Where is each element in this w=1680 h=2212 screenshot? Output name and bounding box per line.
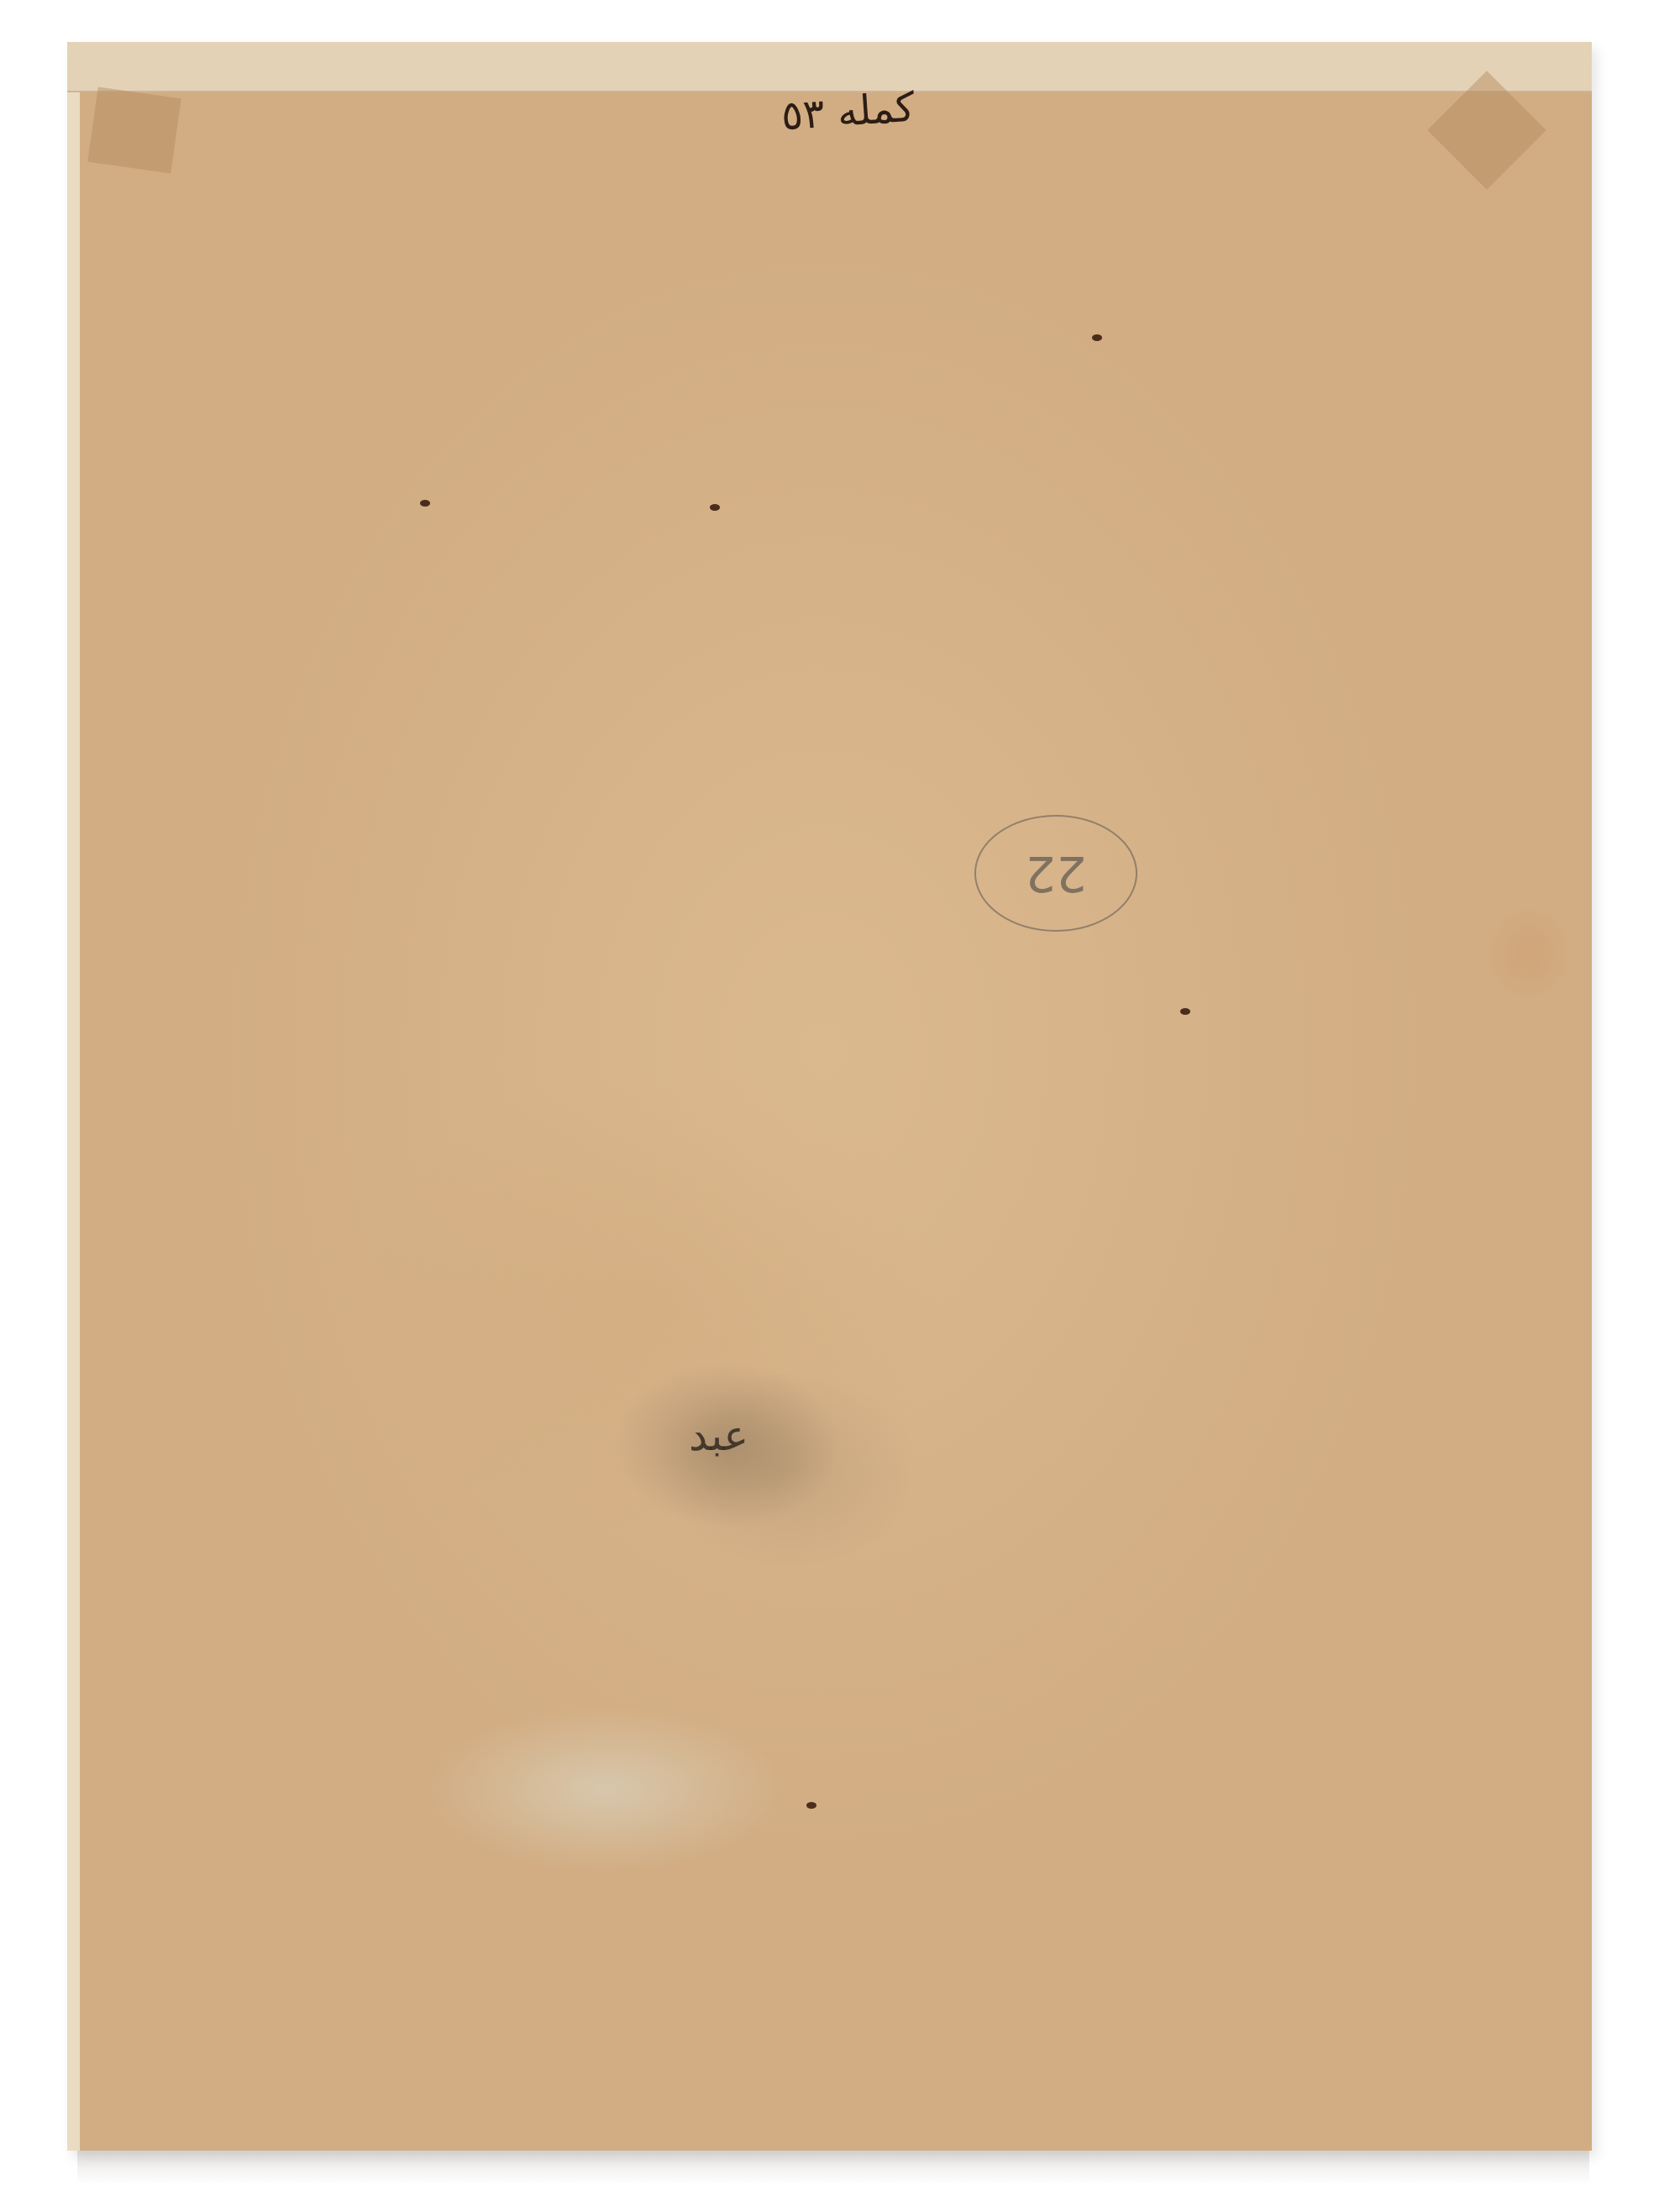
ink-spot [710, 504, 720, 511]
seal-impression: ﻋﺒﺪ [613, 1361, 840, 1529]
ink-spot [1180, 1008, 1190, 1015]
circled-number: 22 [974, 815, 1137, 932]
ink-spot [806, 1802, 816, 1809]
left-edge-strip [67, 42, 80, 2151]
paper-sheet: ﻛﻤﻠﻪ ٥٣ 22 ﻋﺒﺪ [67, 42, 1592, 2151]
ink-inscription: ﻛﻤﻠﻪ ٥٣ [780, 84, 916, 140]
ink-spot [1092, 334, 1102, 341]
circled-number-text: 22 [976, 817, 1136, 930]
top-edge-strip [67, 42, 1592, 92]
shadow [77, 2151, 1589, 2184]
ink-spot [420, 500, 430, 507]
seal-text: ﻋﺒﺪ [689, 1411, 748, 1460]
tape-top-left [87, 87, 181, 173]
